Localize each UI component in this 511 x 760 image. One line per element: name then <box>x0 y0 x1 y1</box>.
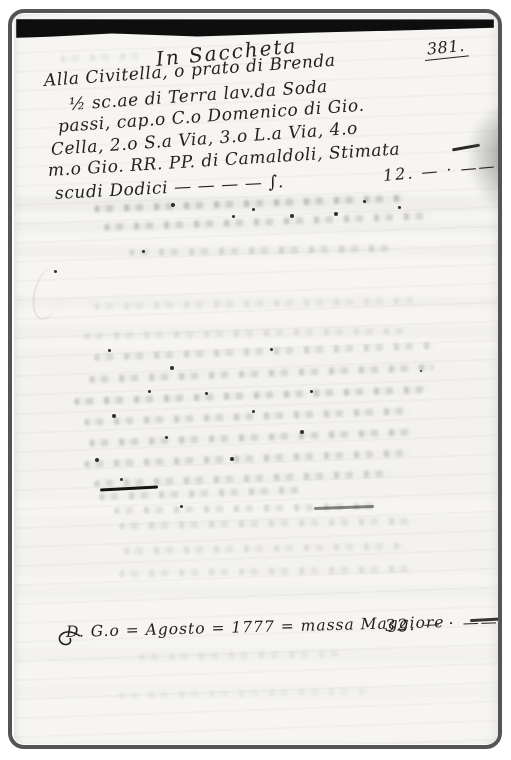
ink-speck <box>120 478 123 481</box>
folio-number: 381. <box>423 35 469 60</box>
ink-speck <box>165 436 168 439</box>
scan-top-edge <box>16 19 494 38</box>
ink-speck <box>334 212 338 216</box>
ink-speck <box>142 250 145 253</box>
ink-speck <box>420 370 422 372</box>
footer-value-annotation: 32. — · —— <box>385 612 498 635</box>
faint-curve-mark <box>28 265 67 323</box>
ink-speck <box>108 349 111 352</box>
ink-speck <box>310 390 313 393</box>
ink-speck <box>252 410 255 413</box>
ink-speck <box>170 366 174 370</box>
ink-speck <box>171 203 175 207</box>
ink-speck <box>230 457 234 461</box>
ink-speck <box>252 208 255 211</box>
ink-speck <box>95 458 99 462</box>
ink-speck <box>363 200 366 203</box>
ink-speck <box>290 214 294 218</box>
ink-speck <box>270 348 273 351</box>
ink-speck <box>148 390 151 393</box>
ink-speck <box>398 206 401 209</box>
ink-speck <box>232 215 235 218</box>
ink-speck <box>300 430 304 434</box>
ink-speck <box>205 392 208 395</box>
scan-band <box>14 585 498 599</box>
ink-speck <box>112 414 116 418</box>
bleedthrough-line <box>60 53 140 63</box>
manuscript-page: 381. In Saccheta Alla Civitella, o prato… <box>14 14 498 744</box>
ink-speck <box>180 505 183 508</box>
